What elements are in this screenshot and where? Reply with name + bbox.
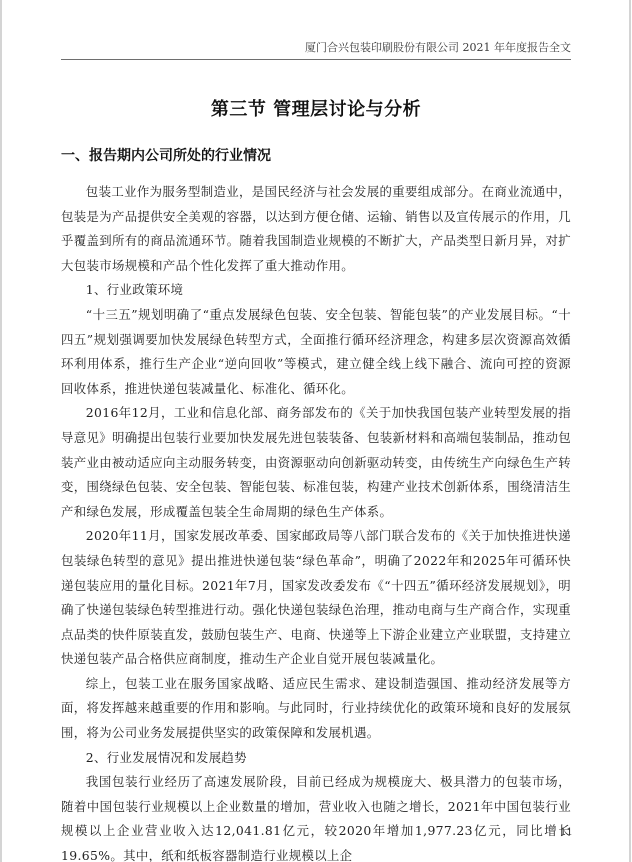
- running-header-title: 厦门合兴包装印刷股份有限公司 2021 年年度报告全文: [305, 41, 571, 54]
- paragraph-2016-guidance: 2016年12月，工业和信息化部、商务部发布的《关于加快我国包装产业转型发展的指…: [61, 401, 571, 524]
- paragraph-industry-intro: 包装工业作为服务型制造业，是国民经济与社会发展的重要组成部分。在商业流通中，包装…: [61, 180, 571, 278]
- page-number: 11: [560, 826, 572, 840]
- paragraph-industry-revenue: 我国包装行业经历了高速发展阶段，目前已经成为规模庞大、极具潜力的包装市场， 随着…: [61, 770, 571, 862]
- document-body: 包装工业作为服务型制造业，是国民经济与社会发展的重要组成部分。在商业流通中，包装…: [61, 180, 571, 862]
- chapter-title: 第三节 管理层讨论与分析: [0, 98, 632, 122]
- paragraph-five-year-plans: “十三五”规划明确了“重点发展绿色包装、安全包装、智能包装”的产业发展目标。“十…: [61, 303, 571, 401]
- page-border-right: [629, 0, 631, 862]
- page-border-left: [0, 0, 2, 862]
- subheading-policy-environment: 1、行业政策环境: [61, 278, 571, 303]
- paragraph-summary: 综上，包装工业在服务国家战略、适应民生需求、建设制造强国、推动经济发展等方面，将…: [61, 672, 571, 746]
- paragraph-2020-express-packaging: 2020年11月，国家发展改革委、国家邮政局等八部门联合发布的《关于加快推进快递…: [61, 524, 571, 672]
- running-header: 厦门合兴包装印刷股份有限公司 2021 年年度报告全文: [61, 40, 571, 60]
- subheading-industry-trends: 2、行业发展情况和发展趋势: [61, 746, 571, 771]
- section-heading: 一、报告期内公司所处的行业情况: [61, 146, 271, 166]
